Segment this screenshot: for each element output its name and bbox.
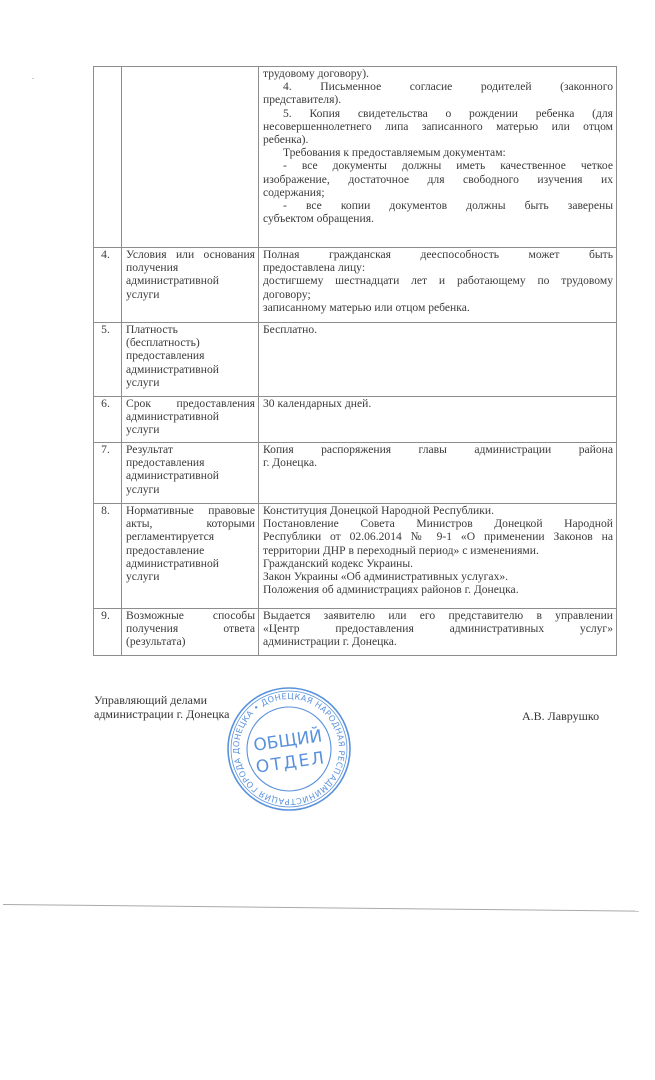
row-value: Копия распоряжения главы администрации р… (259, 443, 617, 504)
row-value-line: Бесплатно. (263, 323, 613, 336)
row-value-line: - все копии документов должны быть завер… (263, 199, 613, 212)
row-value-line: трудовому договору). (263, 67, 613, 80)
row-label-line: предоставление (126, 544, 255, 557)
row-label: Возможные способыполучения ответа(резуль… (122, 609, 259, 656)
row-value: Бесплатно. (259, 323, 617, 397)
row-label: Результатпредоставленияадминистративнойу… (122, 443, 259, 504)
row-label-line: регламентируется (126, 530, 255, 543)
row-label-line: услуги (126, 423, 255, 436)
row-label-line: административной (126, 469, 255, 482)
row-value-line: Выдается заявителю или его представителю… (263, 609, 613, 622)
row-number: 8. (94, 504, 122, 609)
row-label-line: Результат (126, 443, 255, 456)
row-value: Полная гражданская дееспособность может … (259, 248, 617, 323)
row-number: 4. (94, 248, 122, 323)
row-label-line: административной (126, 363, 255, 376)
row-value-line: Конституция Донецкой Народной Республики… (263, 504, 613, 517)
table-row: 9.Возможные способыполучения ответа(резу… (94, 609, 617, 656)
row-label-line: услуги (126, 288, 255, 301)
row-label-line: предоставления (126, 349, 255, 362)
row-value-line: изображение, достаточное для свободного … (263, 173, 613, 186)
row-value-line: г. Донецка. (263, 456, 613, 469)
row-number: 5. (94, 323, 122, 397)
row-label: Условия или основанияполученияадминистра… (122, 248, 259, 323)
official-stamp-icon: АДМИНИСТРАЦИЯ ГОРОДА ДОНЕЦКА • ДОНЕЦКАЯ … (226, 686, 352, 812)
row-value-line: Копия распоряжения главы администрации р… (263, 443, 613, 456)
row-label-line: Нормативные правовые (126, 504, 255, 517)
row-value: 30 календарных дней. (259, 397, 617, 443)
row-value-line: договору; (263, 288, 613, 301)
table-row: 8.Нормативные правовыеакты, которымирегл… (94, 504, 617, 609)
row-label-line: услуги (126, 483, 255, 496)
row-value-line: 30 календарных дней. (263, 397, 613, 410)
signature-title-line2: администрации г. Донецка (94, 707, 230, 721)
row-label-line: предоставления (126, 456, 255, 469)
row-label-line: административной (126, 410, 255, 423)
row-value-line: 4. Письменное согласие родителей (законн… (263, 80, 613, 93)
row-label: Платность(бесплатность)предоставленияадм… (122, 323, 259, 397)
row-value-line: Республики от 02.06.2014 № 9-1 «О примен… (263, 530, 613, 543)
row-label-line: Возможные способы (126, 609, 255, 622)
row-label-line: (результата) (126, 635, 255, 648)
row-label: Нормативные правовыеакты, которымиреглам… (122, 504, 259, 609)
regulation-table-body: трудовому договору).4. Письменное соглас… (94, 67, 617, 656)
row-value-line: Постановление Совета Министров Донецкой … (263, 517, 613, 530)
table-row: 6.Срок предоставленияадминистративнойусл… (94, 397, 617, 443)
signature-title-line1: Управляющий делами (94, 693, 230, 707)
row-value-line: «Центр предоставления административных у… (263, 622, 613, 635)
row-value-line: Закон Украины «Об административных услуг… (263, 570, 613, 583)
row-value-line: Полная гражданская дееспособность может … (263, 248, 613, 261)
row-value-line: территории ДНР в переходный период» с из… (263, 544, 613, 557)
page-bottom-rule (3, 904, 639, 912)
row-value-line: администрации г. Донецка. (263, 635, 613, 648)
row-value-line: субъектом обращения. (263, 212, 613, 225)
row-label-line: административной (126, 557, 255, 570)
row-label-line: услуги (126, 376, 255, 389)
scan-speck (32, 78, 34, 79)
row-value: Конституция Донецкой Народной Республики… (259, 504, 617, 609)
signature-block: Управляющий делами администрации г. Доне… (94, 693, 230, 721)
row-label-line: (бесплатность) (126, 336, 255, 349)
document-page: трудовому договору).4. Письменное соглас… (0, 0, 655, 1080)
row-number: 7. (94, 443, 122, 504)
row-value: трудовому договору).4. Письменное соглас… (259, 67, 617, 248)
row-label-line: получения ответа (126, 622, 255, 635)
row-value-line: записанному матерью или отцом ребенка. (263, 301, 613, 314)
row-value: Выдается заявителю или его представителю… (259, 609, 617, 656)
regulation-table: трудовому договору).4. Письменное соглас… (93, 66, 617, 656)
table-row: 5.Платность(бесплатность)предоставленияа… (94, 323, 617, 397)
row-label-line: получения (126, 261, 255, 274)
row-label-line: Платность (126, 323, 255, 336)
row-number: 9. (94, 609, 122, 656)
row-value-line: предоставлена лицу: (263, 261, 613, 274)
row-label-line: Срок предоставления (126, 397, 255, 410)
row-value-line: Требования к предоставляемым документам: (263, 146, 613, 159)
row-value-line: содержания; (263, 186, 613, 199)
table-row: 4.Условия или основанияполученияадминист… (94, 248, 617, 323)
row-value-line: несовершеннолетнего липа записанного мат… (263, 120, 613, 133)
row-label-line: Условия или основания (126, 248, 255, 261)
row-value-line: Гражданский кодекс Украины. (263, 557, 613, 570)
row-label-line: административной (126, 274, 255, 287)
table-row: трудовому договору).4. Письменное соглас… (94, 67, 617, 248)
signatory-name: А.В. Лаврушко (522, 709, 599, 723)
row-number (94, 67, 122, 248)
row-value-line: достигшему шестнадцати лет и работающему… (263, 274, 613, 287)
row-value-line: - все документы должны иметь качественно… (263, 159, 613, 172)
row-label (122, 67, 259, 248)
row-value-line: 5. Копия свидетельства о рождении ребенк… (263, 107, 613, 120)
row-label-line: услуги (126, 570, 255, 583)
row-value-line: представителя). (263, 93, 613, 106)
row-number: 6. (94, 397, 122, 443)
row-value-line: Положения об администрациях районов г. Д… (263, 583, 613, 596)
row-value-line: ребенка). (263, 133, 613, 146)
row-label-line: акты, которыми (126, 517, 255, 530)
row-label: Срок предоставленияадминистративнойуслуг… (122, 397, 259, 443)
table-row: 7.Результатпредоставленияадминистративно… (94, 443, 617, 504)
